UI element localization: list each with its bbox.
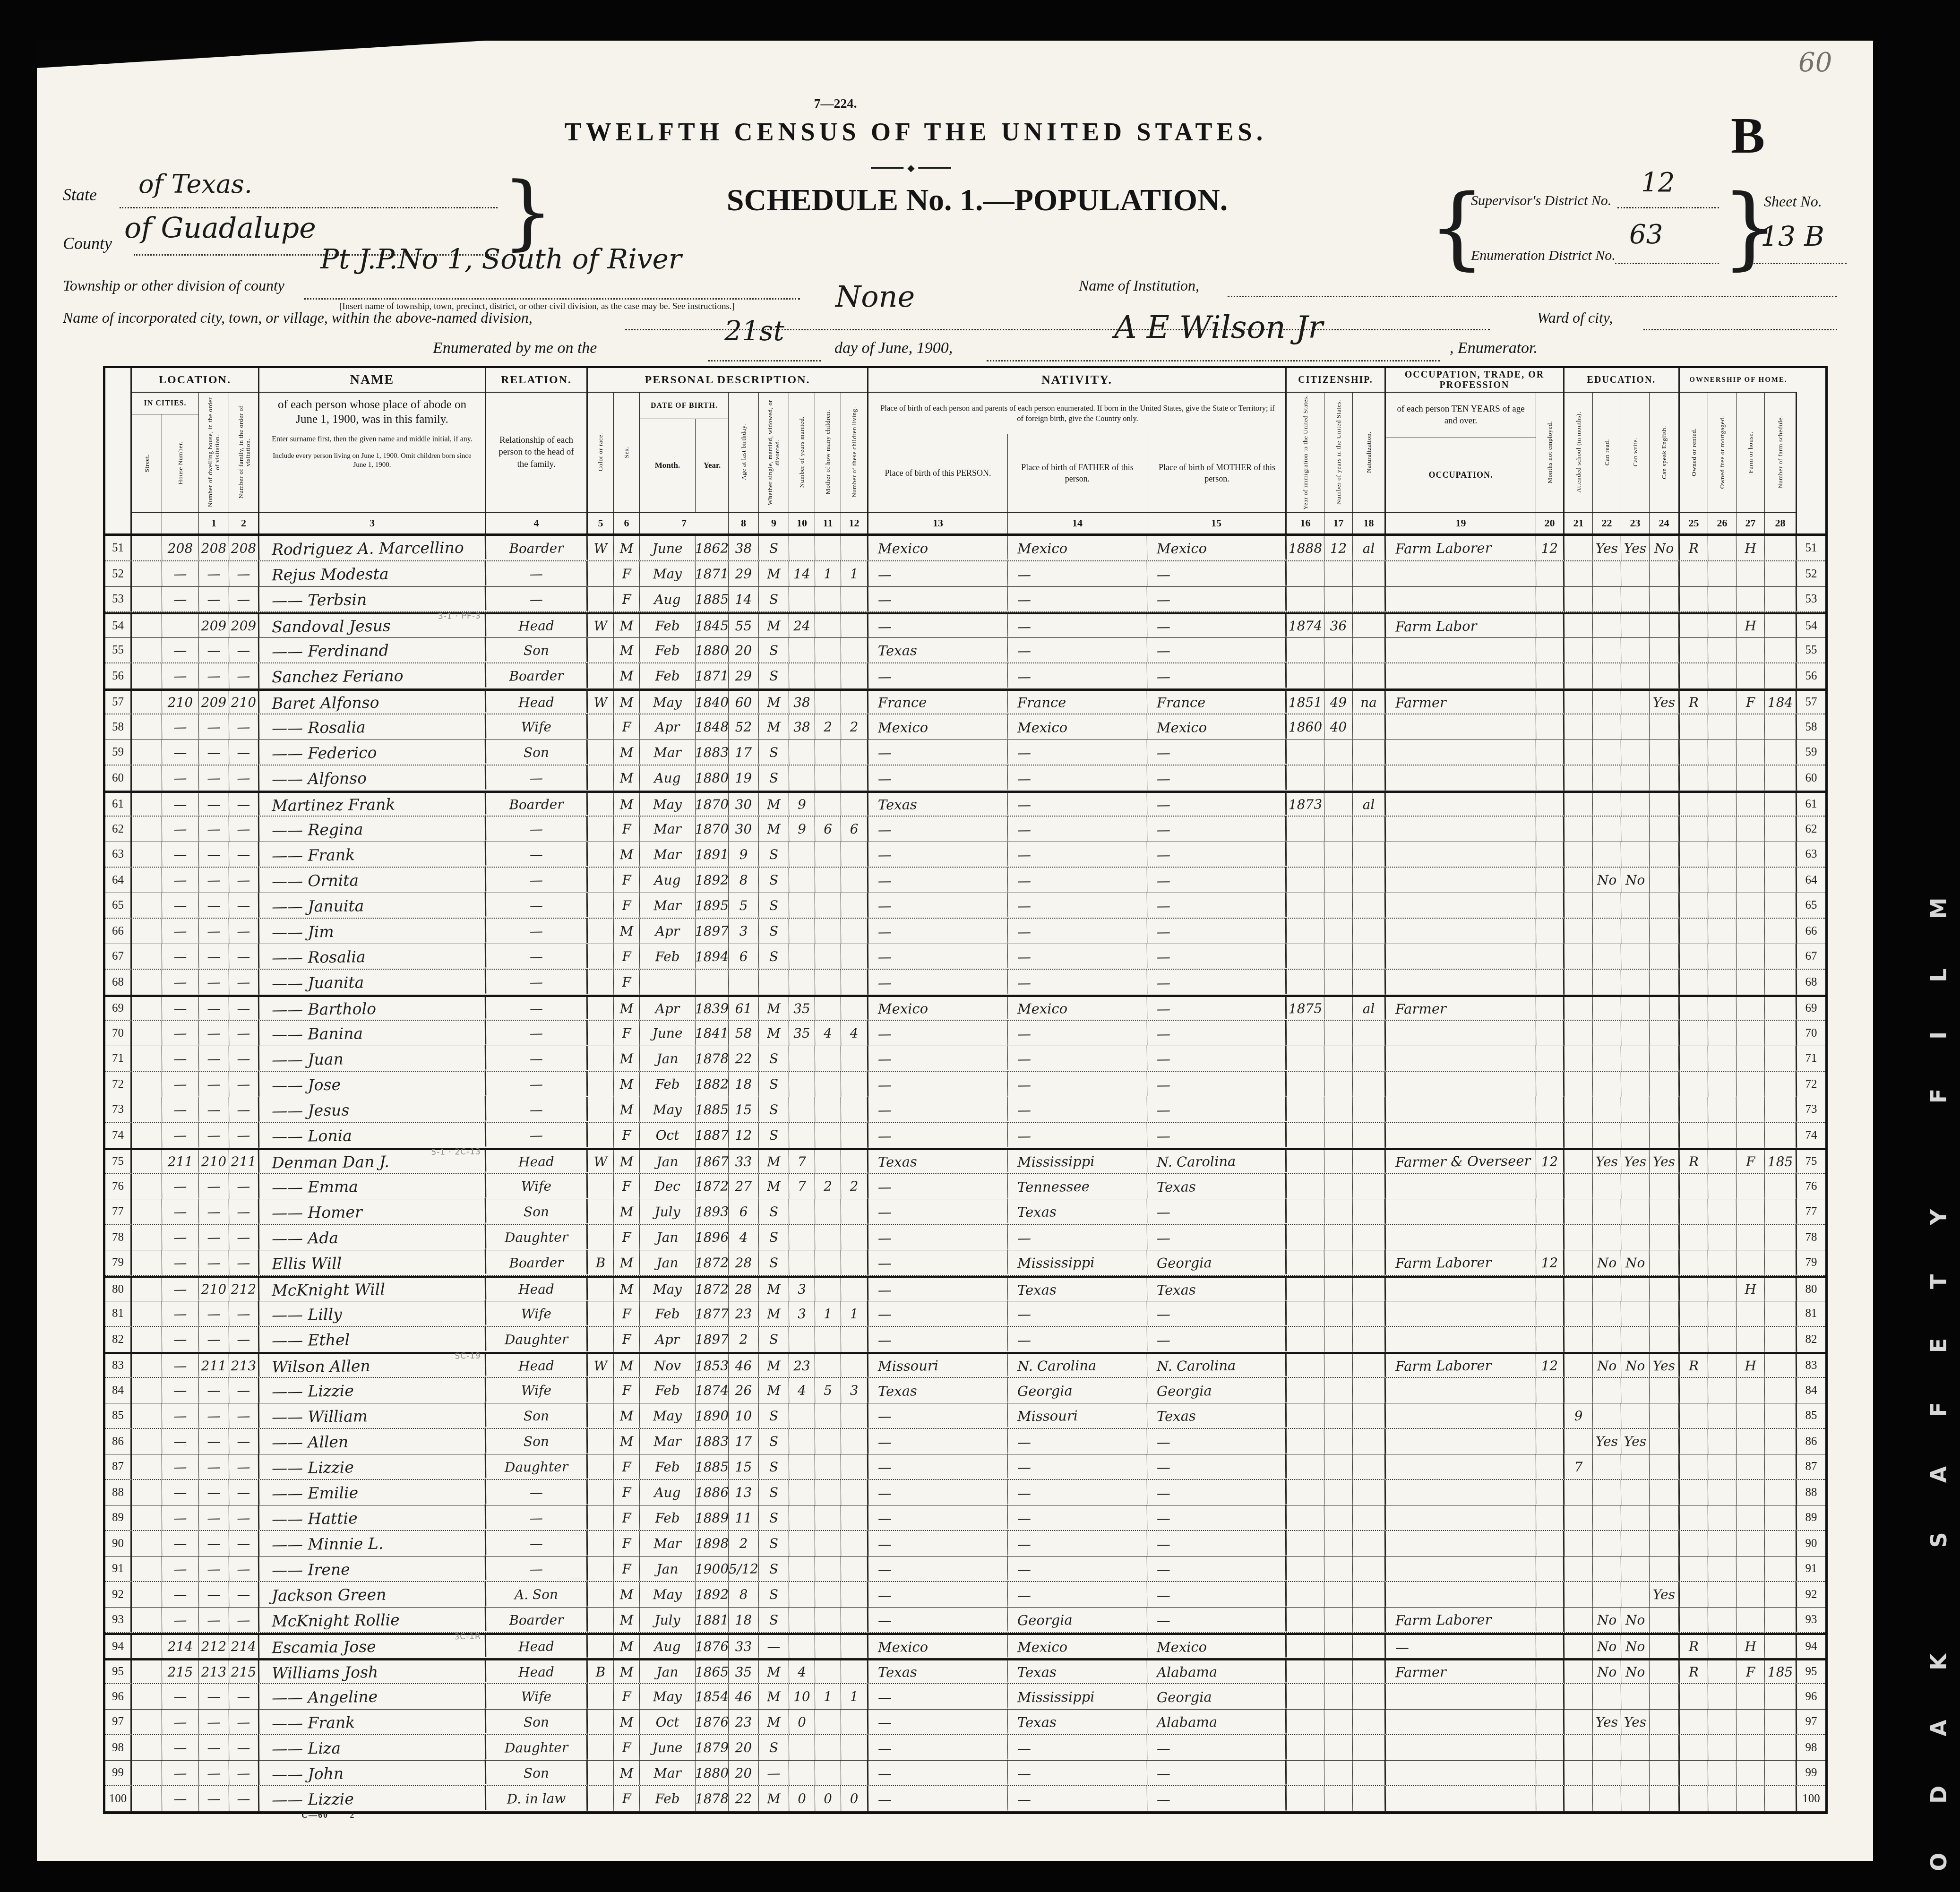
cell: [841, 1278, 869, 1301]
table-row: 80—210212McKnight WillHeadMMay187228M3—T…: [105, 1276, 1825, 1301]
cell: 215: [229, 1660, 259, 1684]
cell: [815, 1097, 842, 1122]
cell: —: [1008, 1556, 1148, 1582]
cell: F: [614, 1480, 640, 1505]
cell-name: —— Lizzie: [259, 1453, 487, 1480]
pencil-annotation: 5-1 · 2C-13: [431, 1147, 481, 1157]
cell: M: [759, 691, 789, 714]
cell: [815, 1150, 841, 1173]
cell: [1536, 1327, 1565, 1352]
row-number: 67: [105, 944, 132, 969]
cell: 9: [729, 842, 759, 867]
cell: [1680, 1199, 1709, 1224]
cell: S: [759, 1123, 790, 1148]
cell: —: [199, 1710, 230, 1735]
cell: —: [229, 1403, 260, 1428]
cell: [1593, 1021, 1622, 1046]
cell: [1324, 1710, 1353, 1735]
cell: [1386, 586, 1537, 612]
cell: [841, 740, 869, 765]
scan-artifact: [37, 41, 486, 68]
cell: [132, 740, 163, 765]
cell: [1708, 1301, 1737, 1326]
cell: [1680, 1786, 1709, 1812]
cell: [1536, 1480, 1565, 1505]
cell: —: [162, 1250, 199, 1275]
cell: May: [640, 1582, 696, 1607]
cell: Georgia: [1008, 1377, 1148, 1403]
cell: [1736, 893, 1765, 918]
col-years-married-label: Number of years married.: [798, 415, 806, 489]
cell: [1324, 1429, 1353, 1454]
cell: 3: [789, 1278, 816, 1301]
col-farm-or-house-label: Farm or house.: [1746, 430, 1754, 474]
row-number: 72: [105, 1072, 132, 1097]
cell: [841, 1354, 868, 1377]
cell: —: [1008, 792, 1147, 816]
cell: [1680, 944, 1709, 969]
cell: [1765, 638, 1797, 663]
cell: [1736, 793, 1765, 816]
cell: [815, 740, 842, 765]
cell: [1680, 1021, 1709, 1046]
cell: S: [759, 1403, 790, 1428]
cell: —: [1147, 1785, 1287, 1812]
cell: [1324, 1608, 1353, 1633]
cell: [1621, 842, 1650, 867]
cell: —: [229, 1786, 260, 1812]
cell: 12: [729, 1123, 759, 1148]
cell: [1650, 1021, 1680, 1046]
column-number: 2: [229, 512, 259, 533]
cell: —: [162, 714, 199, 740]
cell: 1882: [696, 1072, 729, 1097]
cell: Feb: [640, 1071, 696, 1097]
occupation-subheader: of each person TEN YEARS of age and over…: [1386, 393, 1536, 512]
cell: 208: [162, 536, 199, 561]
cell: [1287, 1150, 1324, 1173]
cell: [1324, 1480, 1353, 1505]
cell: [815, 1761, 842, 1786]
cell: [789, 1454, 816, 1479]
cell: [1565, 1199, 1593, 1224]
cell: Son: [486, 1403, 588, 1428]
col-can-read-label: Can read.: [1603, 438, 1611, 466]
cell: —: [486, 969, 588, 995]
row-number: 93: [105, 1608, 132, 1632]
table-row: 81————— LillyWifeFFeb187723M311———81: [105, 1301, 1825, 1327]
cell: —: [199, 1454, 230, 1479]
cell: na: [1353, 691, 1386, 714]
cell: [132, 997, 162, 1020]
cell: [1708, 1505, 1737, 1531]
cell: Mexico: [868, 535, 1008, 561]
cell: [789, 1403, 816, 1428]
cell: [841, 1710, 869, 1735]
sheet-number-label: Sheet No.: [1764, 193, 1822, 210]
cell: [1708, 561, 1737, 587]
cell: [1708, 1480, 1737, 1505]
cell: —: [229, 638, 260, 663]
cell: —: [199, 944, 230, 969]
cell: [1565, 561, 1593, 587]
cell: [1650, 1710, 1680, 1735]
cell: —: [1147, 662, 1287, 689]
row-number: 71: [1797, 1046, 1825, 1071]
cell: Jan: [640, 1224, 696, 1250]
cell: [1565, 970, 1593, 995]
cell: [815, 536, 842, 561]
cell: —: [868, 1709, 1008, 1735]
cell: —: [759, 1635, 790, 1659]
cell: [1536, 1278, 1565, 1301]
cell: 1: [815, 1684, 842, 1710]
cell: 20: [729, 1735, 759, 1761]
table-row: 62————— Regina—FMar187030M966———62: [105, 817, 1825, 842]
cell: 1880: [696, 765, 729, 791]
col-pob-mother-label: Place of birth of MOTHER of this person.: [1147, 434, 1287, 512]
cell: [1287, 1123, 1325, 1148]
cell: [1536, 868, 1565, 893]
cell: [1386, 1683, 1537, 1710]
cell: —: [199, 1735, 230, 1761]
cell: No: [1593, 1354, 1621, 1377]
cell-name: Escamia Jose3C-1R: [259, 1634, 486, 1659]
cell: [1593, 1225, 1622, 1250]
cell: Mississippi: [1008, 1149, 1147, 1173]
cell: 4: [729, 1225, 759, 1250]
cell: Mississippi: [1008, 1683, 1148, 1710]
cell: [815, 1278, 842, 1301]
cell: [1621, 893, 1650, 918]
cell: —: [1008, 841, 1148, 867]
cell: [1353, 1150, 1386, 1173]
table-row: 68————— Juanita—F———68: [105, 970, 1825, 995]
cell: —: [868, 560, 1008, 587]
cell: [1650, 765, 1680, 791]
cell: [1736, 1250, 1765, 1275]
cell: Texas: [1147, 1173, 1287, 1199]
cell: —: [486, 1020, 588, 1046]
cell: [1765, 614, 1797, 638]
cell: [1680, 1278, 1709, 1301]
cell: [1765, 1021, 1797, 1046]
cell: —: [229, 740, 260, 765]
cell: [1536, 1786, 1565, 1812]
cell: [815, 1403, 842, 1428]
cell: No: [1621, 1250, 1650, 1275]
cell: [1565, 1582, 1593, 1608]
cell: F: [614, 1225, 640, 1250]
table-row: 51208208208Rodriguez A. MarcellinoBoarde…: [105, 536, 1825, 561]
cell: [1736, 1582, 1765, 1608]
cell: [1536, 842, 1565, 867]
cell: M: [759, 1786, 790, 1812]
cell: Aug: [640, 765, 696, 791]
cell: [1353, 1684, 1386, 1710]
cell: [815, 1635, 842, 1659]
cell: —: [868, 1530, 1008, 1557]
cell: F: [614, 1531, 640, 1557]
column-number: 26: [1708, 512, 1736, 533]
cell: 1891: [696, 842, 729, 867]
cell: [1708, 842, 1737, 867]
cell: F: [614, 868, 640, 893]
cell-name: Rodriguez A. Marcellino: [259, 534, 487, 561]
cell: [1353, 1735, 1386, 1761]
cell: [1536, 944, 1565, 969]
cell: M: [614, 1660, 640, 1684]
cell: —: [162, 1327, 199, 1352]
cell: [789, 970, 816, 995]
cell: [1680, 1072, 1709, 1097]
cell: F: [1736, 691, 1765, 714]
cell: S: [759, 1557, 790, 1582]
enumerator-label: , Enumerator.: [1450, 339, 1538, 357]
cell: [1593, 944, 1622, 969]
cell: [588, 893, 614, 918]
cell: [1650, 1454, 1680, 1479]
cell: [588, 740, 614, 765]
cell: [1353, 893, 1386, 918]
cell: Apr: [640, 997, 696, 1020]
cell: S: [759, 1735, 790, 1761]
cell: [1565, 793, 1593, 816]
row-number: 98: [105, 1735, 132, 1760]
cell: —: [229, 1097, 260, 1122]
cell: [588, 1403, 614, 1428]
cell-name: Martinez Frank: [259, 791, 486, 817]
cell: [1287, 893, 1325, 918]
cell: F: [614, 1454, 640, 1479]
cell: —: [199, 1429, 230, 1454]
cell: —: [162, 1761, 199, 1786]
cell: M: [614, 638, 640, 663]
cell: [1386, 816, 1537, 842]
cell: [1565, 1761, 1593, 1786]
row-number: 90: [105, 1531, 132, 1556]
cell: [1536, 638, 1565, 663]
cell: [1593, 997, 1621, 1020]
cell: 23: [729, 1301, 759, 1326]
cell: 4: [841, 1021, 869, 1046]
cell: [132, 1786, 163, 1812]
cell: [1565, 740, 1593, 765]
cell: —: [229, 1123, 260, 1148]
cell: —: [1147, 816, 1287, 842]
cell: [1765, 587, 1797, 612]
cell: [1621, 1403, 1650, 1428]
cell: 1881: [696, 1608, 729, 1633]
row-number: 78: [1797, 1225, 1825, 1250]
cell: 1873: [1287, 793, 1324, 816]
cell: [1386, 1122, 1537, 1148]
cell: [588, 1557, 614, 1582]
table-row: 91————— Irene—FJan19005/12S———91: [105, 1557, 1825, 1582]
cell: [1593, 893, 1622, 918]
group-occupation: OCCUPATION, TRADE, OR PROFESSION: [1386, 368, 1565, 393]
cell: —: [162, 793, 199, 816]
cell: [1386, 1277, 1536, 1301]
cell: [1565, 1429, 1593, 1454]
cell: M: [614, 1608, 640, 1633]
cell: 27: [729, 1174, 759, 1199]
cell: [1353, 587, 1386, 612]
cell: [815, 1531, 842, 1557]
cell: [1353, 714, 1386, 740]
cell: [1680, 1582, 1709, 1608]
cell: [132, 1278, 163, 1301]
cell: [1621, 1684, 1650, 1710]
cell: [588, 817, 614, 842]
cell: [1621, 765, 1650, 791]
cell: 7: [1565, 1454, 1593, 1479]
cell: [1765, 1097, 1797, 1122]
cell: [1621, 1378, 1650, 1403]
cell: 211: [199, 1354, 229, 1377]
cell: [588, 1786, 614, 1812]
cell: [841, 1735, 869, 1761]
cell: [1287, 1199, 1325, 1224]
cell: Daughter: [486, 1326, 588, 1352]
row-number: 77: [105, 1199, 132, 1224]
cell: [841, 1046, 869, 1071]
cell: [815, 587, 842, 612]
cell: M: [614, 919, 640, 944]
row-number: 97: [105, 1710, 132, 1734]
cell: [815, 1608, 842, 1633]
cell: [1565, 587, 1593, 612]
cell: —: [199, 1072, 230, 1097]
cell: [1708, 944, 1737, 969]
cell: [815, 1225, 842, 1250]
cell: [1708, 1429, 1737, 1454]
cell: [1536, 817, 1565, 842]
cell: Farm Laborer: [1386, 535, 1537, 561]
cell: —: [229, 1199, 260, 1224]
cell: [1708, 1582, 1737, 1608]
cell: Head: [486, 614, 588, 638]
cell: [588, 997, 614, 1020]
row-number: 54: [105, 614, 132, 637]
cell: Boarder: [486, 535, 588, 561]
cell: [1708, 740, 1737, 765]
cell: [1680, 1225, 1709, 1250]
row-number: 71: [105, 1046, 132, 1071]
cell: [1650, 1072, 1680, 1097]
cell: Missouri: [868, 1353, 1008, 1377]
cell: 12: [1536, 1250, 1565, 1275]
cell: No: [1593, 1635, 1622, 1659]
cell: [841, 1761, 869, 1786]
cell: 35: [729, 1660, 759, 1684]
cell: [1708, 1684, 1737, 1710]
col-sex-label: Sex.: [622, 445, 630, 459]
cell: [1565, 1480, 1593, 1505]
row-number: 69: [1797, 997, 1825, 1020]
cell-name: Wilson AllenSC-19: [259, 1353, 486, 1378]
col-owned-rented-label: Owned or rented.: [1690, 427, 1698, 477]
cell: [789, 1072, 816, 1097]
cell: [1287, 1327, 1325, 1352]
cell: [1736, 817, 1765, 842]
cell: Dec: [640, 1173, 696, 1199]
cell: [1765, 1557, 1797, 1582]
cell: [1765, 919, 1797, 944]
cell: S: [759, 868, 790, 893]
cell: F: [614, 1505, 640, 1531]
cell-name: —— Liza: [259, 1734, 487, 1761]
cell: Tennessee: [1008, 1173, 1148, 1199]
cell: [1536, 614, 1565, 638]
cell: [1650, 868, 1680, 893]
cell: [841, 1635, 869, 1659]
cell: M: [759, 1301, 790, 1326]
cell: —: [229, 1250, 260, 1275]
cell: [1565, 1327, 1593, 1352]
cell: [1650, 740, 1680, 765]
cell: Wife: [486, 1684, 588, 1710]
cell: [1565, 1557, 1593, 1582]
cell: Texas: [1008, 1709, 1148, 1735]
cell: Mar: [640, 740, 696, 765]
cell: [1386, 918, 1537, 944]
cell: [588, 868, 614, 893]
table-row: 98————— LizaDaughterFJune187920S———98: [105, 1735, 1825, 1761]
cell: [1536, 1301, 1565, 1326]
cell: May: [640, 561, 696, 586]
census-table: LOCATION. NAME RELATION. PERSONAL DESCRI…: [103, 366, 1828, 1814]
cell: —: [868, 1683, 1008, 1710]
cell: [132, 842, 163, 867]
cell: Jan: [640, 1150, 696, 1173]
cell: 4: [789, 1660, 815, 1684]
cell: —: [1386, 1634, 1536, 1659]
cell: —: [199, 1557, 230, 1582]
cell: 1879: [696, 1735, 729, 1761]
cell: [132, 1505, 163, 1531]
cell: S: [759, 1046, 790, 1071]
column-number: 16: [1287, 512, 1324, 533]
cell: [815, 638, 842, 663]
cell: [1736, 1684, 1765, 1710]
cell: [1621, 1225, 1650, 1250]
cell: Mexico: [1147, 1634, 1287, 1659]
cell: [815, 663, 842, 689]
cell: —: [199, 1378, 230, 1403]
cell: [588, 1021, 614, 1046]
cell: —: [229, 1225, 260, 1250]
row-number: 76: [105, 1174, 132, 1199]
cell: —: [199, 842, 230, 867]
cell-name: —— Lonia: [259, 1121, 487, 1149]
cell: [1736, 944, 1765, 969]
cell: —: [1147, 1607, 1287, 1633]
cell: —: [162, 1046, 199, 1071]
row-number: 54: [1797, 614, 1825, 637]
state-label: State: [63, 185, 97, 205]
cell: [1287, 1684, 1325, 1710]
cell: May: [640, 792, 696, 816]
table-row: 54209209Sandoval Jesus3-1 · PF-3HeadWMFe…: [105, 612, 1825, 638]
cell: [1593, 1582, 1622, 1608]
cell: [1324, 1046, 1353, 1071]
cell: M: [759, 997, 789, 1020]
cell: [1287, 1354, 1324, 1377]
cell: S: [759, 1097, 790, 1122]
cell: [1565, 1046, 1593, 1071]
cell: [132, 893, 163, 918]
